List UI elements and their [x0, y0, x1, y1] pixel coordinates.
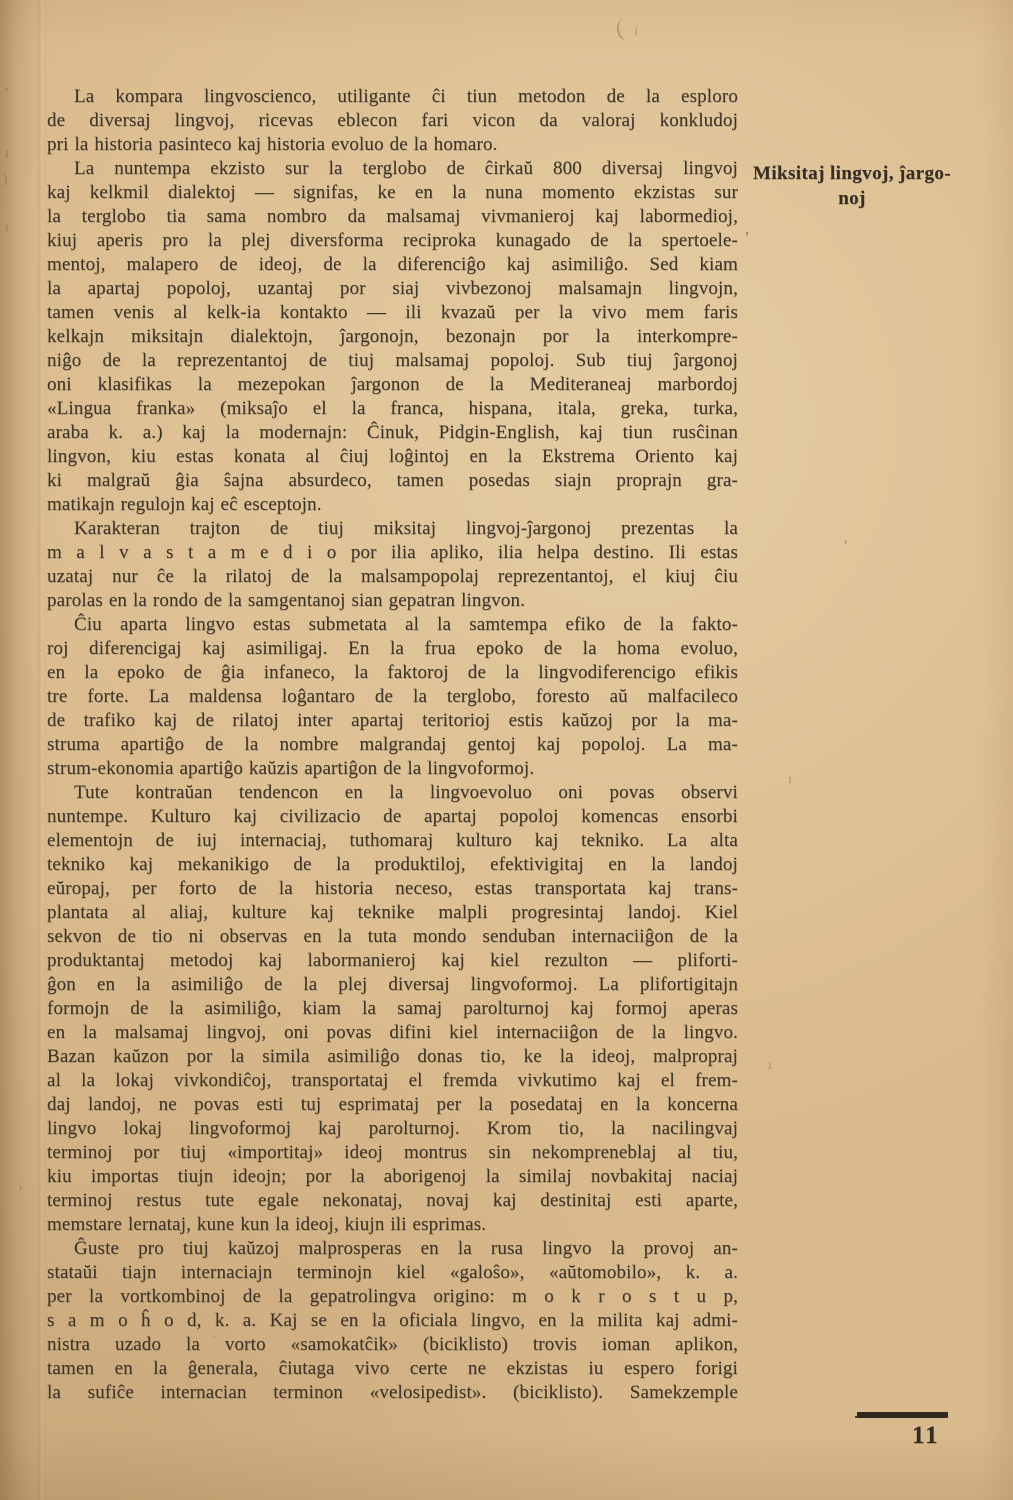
text-line: memstare lernataj, kune kun la ideoj, ki… [47, 1213, 738, 1237]
margin-note: Miksitaj lingvoj, ĵargo- noj [736, 161, 968, 211]
text-line: parolas en la rondo de la samgentanoj si… [47, 589, 738, 613]
text-line: produktantaj metodoj kaj labormanieroj k… [47, 949, 738, 973]
stray-ink-mark: ’ [4, 86, 9, 102]
text-line: kiu importas tiujn ideojn; por la aborig… [47, 1165, 738, 1189]
text-line: nuntempe. Kulturo kaj civilizacio de apa… [47, 805, 738, 829]
text-line: stataŭi tiajn internaciajn terminojn kie… [47, 1261, 738, 1285]
text-line: la terglobo tia sama nombro da malsamaj … [47, 205, 738, 229]
text-line: Ĉiu aparta lingvo estas submetata al la … [47, 613, 738, 637]
paragraph: Ĉiu aparta lingvo estas submetata al la … [47, 613, 738, 781]
text-line: en la malsamaj lingvoj, oni povas difini… [47, 1021, 738, 1045]
text-line: terminoj por tiuj «importitaj» ideoj mon… [47, 1141, 738, 1165]
stray-ink-mark: ı [5, 220, 9, 236]
text-line: «Lingua franka» (miksaĵo el la franca, h… [47, 397, 738, 421]
stray-ink-mark: ı [788, 772, 792, 788]
stray-ink-mark: ( [613, 16, 626, 43]
stray-ink-mark: ı [633, 22, 640, 40]
stray-ink-mark: · [758, 238, 762, 253]
text-line: kaj kelkmil dialektoj — signifas, ke en … [47, 181, 738, 205]
stray-ink-mark: ’ [18, 1184, 23, 1201]
scanned-book-page: La kompara lingvoscienco, utiligante ĉi … [0, 0, 1013, 1500]
text-line: ĝon en la asimiliĝo de la plej diversaj … [47, 973, 738, 997]
margin-note-line-2: noj [736, 186, 968, 211]
paragraph: Ĝuste pro tiuj kaŭzoj malprosperas en la… [47, 1237, 738, 1405]
stray-ink-mark: ı [768, 1058, 772, 1074]
text-line: kiuj aperis pro la plej diversforma reci… [47, 229, 738, 253]
text-block: La kompara lingvoscienco, utiligante ĉi … [47, 85, 738, 1405]
text-line: struma apartiĝo de la nombre malgrandaj … [47, 733, 738, 757]
text-line: araba k. a.) kaj la modernajn: Ĉinuk, Pi… [47, 421, 738, 445]
text-line: la sufiĉe internacian terminon «velosipe… [47, 1381, 738, 1405]
text-line: sekvon de tio ni observas en la tuta mon… [47, 925, 738, 949]
text-line: tre forte. La maldensa loĝantaro de la t… [47, 685, 738, 709]
text-line: tamen en la ĝenerala, ĉiutaga vivo certe… [47, 1357, 738, 1381]
text-line: elementojn de iuj internaciaj, tuthomara… [47, 829, 738, 853]
text-line: Karakteran trajton de tiuj miksitaj ling… [47, 517, 738, 541]
text-line: kelkajn miksitajn dialektojn, ĵargonojn,… [47, 325, 738, 349]
text-line: lingvon, kiu estas konata al ĉiuj loĝint… [47, 445, 738, 469]
text-line: formojn de la asimiliĝo, kiam la samaj p… [47, 997, 738, 1021]
text-line: La nuntempa ekzisto sur la terglobo de ĉ… [47, 157, 738, 181]
text-line: pri la historia pasinteco kaj historia e… [47, 133, 738, 157]
text-line: la apartaj popoloj, uzantaj por siaj viv… [47, 277, 738, 301]
text-line: tekniko kaj mekanikigo de la produktiloj… [47, 853, 738, 877]
footer-rule [857, 1412, 948, 1418]
text-line: m a l v a s t a m e d i o por ilia aplik… [47, 541, 738, 565]
text-line: matikajn regulojn kaj eĉ esceptojn. [47, 493, 738, 517]
text-line: terminoj restus tute egale nekonataj, no… [47, 1189, 738, 1213]
text-line: eŭropaj, per forto de la historia neceso… [47, 877, 738, 901]
paragraph: La kompara lingvoscienco, utiligante ĉi … [47, 85, 738, 157]
stray-ink-mark: ı [5, 146, 9, 162]
text-line: Tute kontraŭan tendencon en la lingvoevo… [47, 781, 738, 805]
text-line: mentoj, malapero de ideoj, de la diferen… [47, 253, 738, 277]
text-line: plantata al aliaj, kulture kaj teknike m… [47, 901, 738, 925]
text-line: s a m o ĥ o d, k. a. Kaj se en la oficia… [47, 1309, 738, 1333]
text-line: roj diferencigaj kaj asimiligaj. En la f… [47, 637, 738, 661]
text-line: al la lokaj vivkondiĉoj, transportataj e… [47, 1069, 738, 1093]
stray-ink-mark: ) [3, 172, 8, 188]
paragraph: La nuntempa ekzisto sur la terglobo de ĉ… [47, 157, 738, 517]
text-line: Bazan kaŭzon por la simila asimiliĝo don… [47, 1045, 738, 1069]
text-line: niĝo de la reprezentantoj de tiuj malsam… [47, 349, 738, 373]
paragraph: Tute kontraŭan tendencon en la lingvoevo… [47, 781, 738, 1237]
page-binding-shadow [0, 0, 52, 1500]
text-line: uzataj nur ĉe la rilatoj de la malsampop… [47, 565, 738, 589]
text-line: Ĝuste pro tiuj kaŭzoj malprosperas en la… [47, 1237, 738, 1261]
stray-ink-mark: ’ [744, 228, 750, 248]
text-line: tamen venis al kelk-ia kontakto — ili kv… [47, 301, 738, 325]
text-line: de diversaj lingvoj, ricevas eblecon far… [47, 109, 738, 133]
text-line: nistra uzado la vorto «samokatĉik» (bici… [47, 1333, 738, 1357]
page-number: 11 [912, 1422, 952, 1450]
stray-ink-mark: ’ [843, 538, 848, 555]
text-line: daj landoj, ne povas esti tuj esprimataj… [47, 1093, 738, 1117]
text-line: de trafiko kaj de rilatoj inter apartaj … [47, 709, 738, 733]
text-line: en la epoko de ĝia infaneco, la faktoroj… [47, 661, 738, 685]
text-line: strum-ekonomia apartiĝo kaŭzis apartiĝon… [47, 757, 738, 781]
text-line: lingvo lokaj lingvoformoj kaj parolturno… [47, 1117, 738, 1141]
margin-note-line-1: Miksitaj lingvoj, ĵargo- [736, 161, 968, 186]
text-line: per la vortkombinoj de la gepatrolingva … [47, 1285, 738, 1309]
text-line: ki malgraŭ ĝia ŝajna absurdeco, tamen po… [47, 469, 738, 493]
text-line: La kompara lingvoscienco, utiligante ĉi … [47, 85, 738, 109]
paragraph: Karakteran trajton de tiuj miksitaj ling… [47, 517, 738, 613]
text-line: oni klasifikas la mezepokan ĵargonon de … [47, 373, 738, 397]
page-gutter-crease [36, 0, 44, 1500]
